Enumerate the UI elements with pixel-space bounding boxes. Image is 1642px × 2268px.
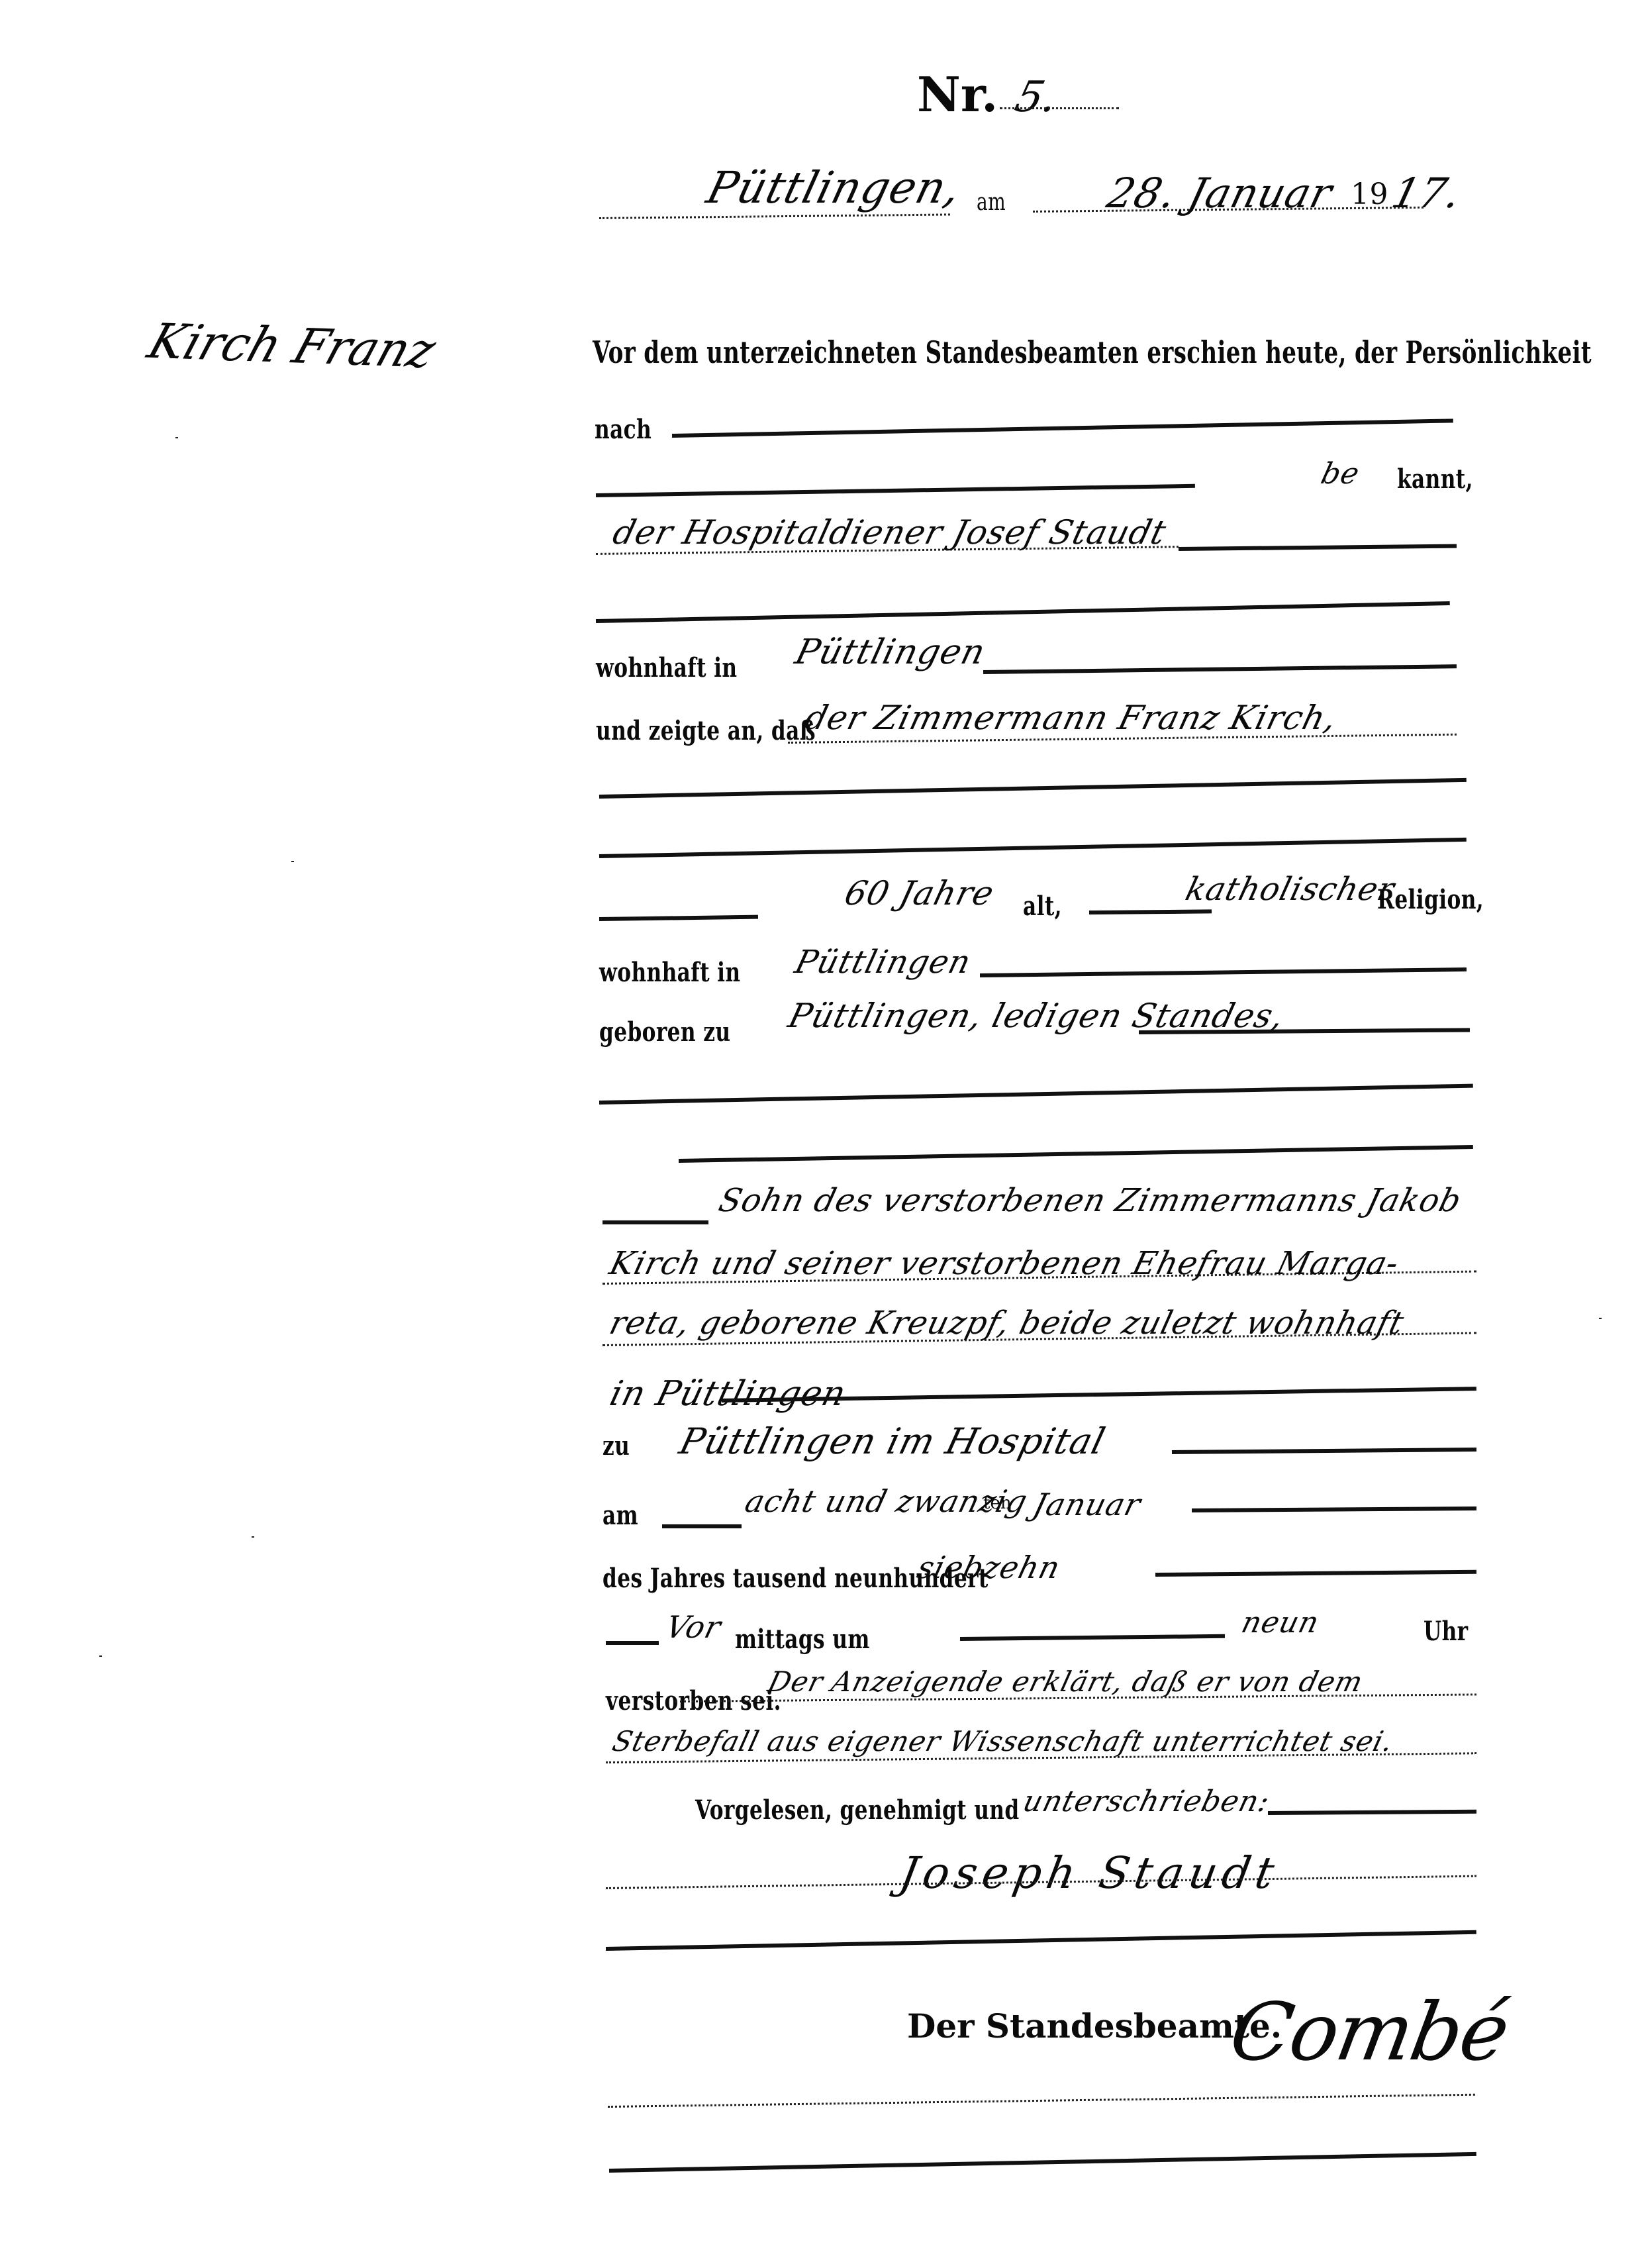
record-number-label: Nr.: [917, 66, 998, 123]
parents-line-3: reta, geborene Kreuzpf, beide zuletzt wo…: [606, 1305, 1408, 1342]
signature-rule: [606, 1930, 1476, 1951]
death-place-label: zu: [603, 1430, 630, 1461]
known-rule: [596, 484, 1195, 497]
death-date-label: am: [603, 1500, 638, 1531]
informant-signature: Joseph Staudt: [896, 1848, 1283, 1898]
informant-rule: [1179, 544, 1457, 551]
death-day-suffix: ten: [983, 1493, 1012, 1513]
parents-line-1: Sohn des verstorbenen Zimmermanns Jakob: [715, 1182, 1465, 1219]
time-prefix: Vor: [662, 1609, 725, 1645]
death-date-rule: [662, 1524, 742, 1528]
deceased-name: der Zimmermann Franz Kirch,: [801, 699, 1341, 737]
register-page: Nr. 5. Püttlingen, am 28. Januar 19 17. …: [0, 0, 1642, 2268]
margin-deceased-name: Kirch Franz: [142, 313, 443, 378]
parents-indent-rule: [603, 1220, 708, 1224]
year-suffix: 17.: [1387, 169, 1467, 217]
official-fill-line: [608, 2094, 1475, 2108]
statement-line-1: Der Anzeigende erklärt, daß er von dem: [765, 1665, 1367, 1698]
place-fill-line: [599, 213, 950, 219]
record-place: Püttlingen,: [702, 162, 967, 213]
record-number-value: 5.: [1010, 73, 1063, 122]
deceased-rule-2: [599, 838, 1467, 858]
official-rule: [609, 2152, 1476, 2173]
time-label: mittags um: [735, 1624, 870, 1655]
parents-line-2: Kirch und seiner verstorbenen Ehefrau Ma…: [606, 1245, 1403, 1282]
deceased-religion: katholischer: [1182, 871, 1398, 908]
death-year: siebzehn: [914, 1550, 1064, 1585]
informant-residence-label: wohnhaft in: [596, 652, 737, 683]
religion-rule: [1089, 909, 1212, 914]
age-label: alt,: [1023, 891, 1062, 922]
speck: [99, 1655, 102, 1657]
residence-rule: [983, 664, 1457, 674]
time-indent-rule: [606, 1641, 659, 1645]
statement-line-2: Sterbefall aus eigener Wissenschaft unte…: [609, 1725, 1397, 1757]
number-fill-line: [1000, 107, 1119, 109]
age-rule: [599, 915, 758, 921]
date-connector: am: [977, 189, 1006, 216]
read-approved-label: Vorgelesen, genehmigt und: [695, 1795, 1020, 1826]
deceased-rule-1: [599, 778, 1467, 799]
informant-residence: Püttlingen: [791, 632, 990, 672]
birth-rule-3: [679, 1145, 1473, 1163]
time-suffix: Uhr: [1424, 1616, 1469, 1647]
nach-label: nach: [595, 414, 652, 445]
declared-label: und zeigte an, daß: [596, 715, 816, 746]
death-month-rule: [1192, 1506, 1476, 1512]
speck: [1599, 1318, 1602, 1319]
time-rule: [960, 1634, 1225, 1641]
official-signature: Combé: [1224, 1987, 1515, 2079]
form-intro: Vor dem unterzeichneten Standesbeamten e…: [593, 334, 1592, 370]
speck: [252, 1536, 254, 1538]
deceased-residence: Püttlingen: [791, 944, 975, 981]
known-prefix: be: [1318, 457, 1363, 491]
born-label: geboren zu: [599, 1016, 730, 1048]
year-prefix: 19: [1351, 177, 1388, 211]
read-rule: [1268, 1810, 1476, 1815]
birth-rule-2: [599, 1084, 1473, 1105]
deceased-residence-label: wohnhaft in: [599, 957, 740, 988]
informant-rule-2: [596, 601, 1450, 623]
death-place: Püttlingen im Hospital: [675, 1420, 1110, 1462]
time-hour: neun: [1238, 1606, 1323, 1640]
read-approved-signed: unterschrieben:: [1020, 1785, 1273, 1818]
informant-name: der Hospitaldiener Josef Staudt: [609, 513, 1171, 552]
deceased-age: 60 Jahre: [841, 874, 998, 912]
official-label: Der Standesbeamte.: [907, 2006, 1282, 2046]
death-month: Januar: [1030, 1487, 1145, 1522]
deceased-residence-rule: [980, 967, 1467, 977]
parents-line-4: in Püttlingen: [606, 1374, 850, 1414]
religion-label: Religion,: [1377, 884, 1484, 915]
known-suffix: kannt,: [1397, 464, 1473, 495]
speck: [291, 861, 294, 862]
speck: [175, 437, 178, 438]
record-date: 28. Januar: [1102, 169, 1337, 217]
death-year-rule: [1155, 1570, 1476, 1577]
nach-rule: [672, 419, 1453, 438]
death-place-rule: [1172, 1448, 1476, 1454]
